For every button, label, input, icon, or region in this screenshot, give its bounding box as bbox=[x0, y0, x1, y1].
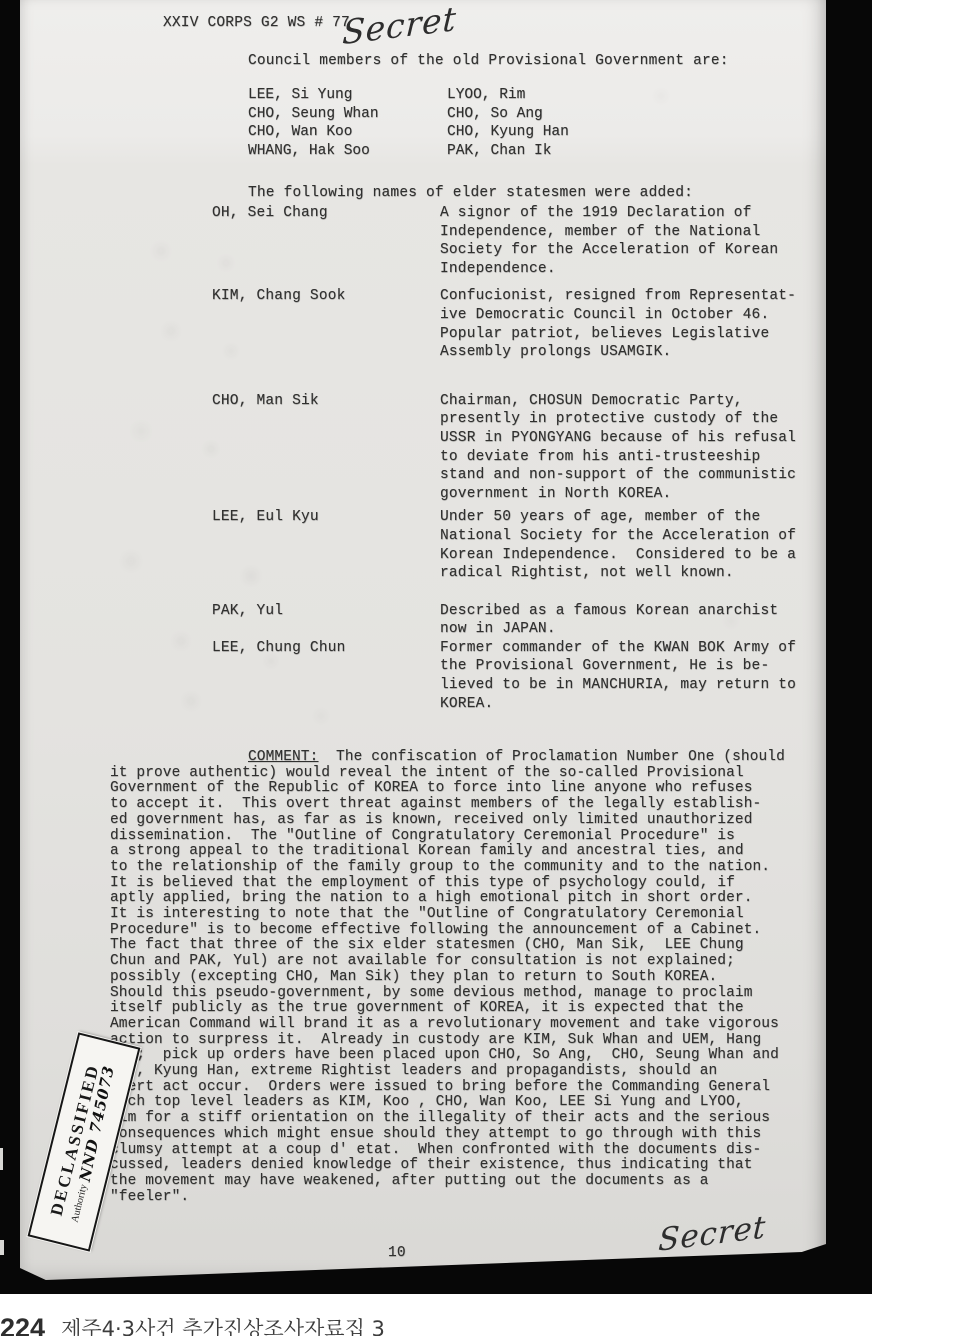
council-member-name: CHO, So Ang bbox=[447, 105, 569, 124]
elder-statesman-name: LEE, Chung Chun bbox=[212, 639, 440, 713]
handwritten-secret-top: Secret bbox=[341, 0, 457, 52]
comment-line: "feeler". bbox=[110, 1190, 840, 1206]
comment-line: dissemination. The "Outline of Congratul… bbox=[110, 829, 840, 845]
comment-line: action to surpress it. Already in custod… bbox=[110, 1033, 840, 1049]
comment-line: Sup; pick up orders have been placed upo… bbox=[110, 1048, 840, 1064]
description-line: the Provisional Government, He is be- bbox=[440, 657, 796, 676]
scan-edge-artifact bbox=[0, 1148, 3, 1170]
description-line: Former commander of the KWAN BOK Army of bbox=[440, 639, 796, 658]
comment-line: Rim for a stiff orientation on the illeg… bbox=[110, 1111, 840, 1127]
elder-statesmen-list: OH, Sei Chang A signor of the 1919 Decla… bbox=[212, 204, 812, 713]
description-line: Chairman, CHOSUN Democratic Party, bbox=[440, 392, 796, 411]
description-line: Korean Independence. Considered to be a bbox=[440, 546, 796, 565]
council-members-column-1: LEE, Si YungCHO, Seung WhanCHO, Wan KooW… bbox=[248, 86, 379, 161]
description-line: Assembly prolongs USAMGIK. bbox=[440, 343, 796, 362]
authority-label: Authority bbox=[69, 1183, 89, 1223]
comment-line: cussed, leaders denied knowledge of thei… bbox=[110, 1158, 840, 1174]
council-member-name: CHO, Kyung Han bbox=[447, 123, 569, 142]
comment-line: The fact that three of the six elder sta… bbox=[110, 938, 840, 954]
comment-line: The confiscation of Proclamation Number … bbox=[318, 749, 784, 765]
elder-statesman-description: Described as a famous Korean anarchistno… bbox=[440, 602, 778, 639]
elder-statesman-name: OH, Sei Chang bbox=[212, 204, 440, 278]
comment-line: such top level leaders as KIM, Koo , CHO… bbox=[110, 1095, 840, 1111]
elder-statesman-row: CHO, Man Sik Chairman, CHOSUN Democratic… bbox=[212, 392, 812, 504]
elder-statesman-row: OH, Sei Chang A signor of the 1919 Decla… bbox=[212, 204, 812, 278]
description-line: USSR in PYONGYANG because of his refusal bbox=[440, 429, 796, 448]
description-line: KOREA. bbox=[440, 695, 796, 714]
comment-line: to accept it. This overt threat against … bbox=[110, 797, 840, 813]
description-line: government in North KOREA. bbox=[440, 485, 796, 504]
book-caption: 224제주4·3사건 추가진상조사자료집 3 bbox=[0, 1313, 385, 1336]
paper-smudges bbox=[20, 0, 22, 2]
council-member-name: PAK, Chan Ik bbox=[447, 142, 569, 161]
elder-statesman-name: CHO, Man Sik bbox=[212, 392, 440, 504]
intro-line: Council members of the old Provisional G… bbox=[248, 52, 729, 71]
description-line: Popular patriot, believes Legislative bbox=[440, 325, 796, 344]
council-member-name: WHANG, Hak Soo bbox=[248, 142, 379, 161]
comment-line: consequences which might ensue should th… bbox=[110, 1127, 840, 1143]
comment-line: Chun and PAK, Yul) are not available for… bbox=[110, 954, 840, 970]
description-line: stand and non-support of the communistic bbox=[440, 466, 796, 485]
description-line: A signor of the 1919 Declaration of bbox=[440, 204, 778, 223]
document-id: XXIV CORPS G2 WS # 77 bbox=[163, 14, 350, 33]
comment-line: a strong appeal to the traditional Korea… bbox=[110, 844, 840, 860]
comment-line: Should this pseudo-government, by some d… bbox=[110, 986, 840, 1002]
comment-line: to the relationship of the family group … bbox=[110, 860, 840, 876]
elder-statesman-description: Former commander of the KWAN BOK Army of… bbox=[440, 639, 796, 713]
comment-line: the movement may have weakened, after pu… bbox=[110, 1174, 840, 1190]
council-member-name: LYOO, Rim bbox=[447, 86, 569, 105]
council-member-name: CHO, Seung Whan bbox=[248, 105, 379, 124]
elder-statesman-name: KIM, Chang Sook bbox=[212, 287, 440, 361]
council-members-column-2: LYOO, RimCHO, So AngCHO, Kyung HanPAK, C… bbox=[447, 86, 569, 161]
elder-statesman-description: Chairman, CHOSUN Democratic Party,presen… bbox=[440, 392, 796, 504]
elder-statesman-name: PAK, Yul bbox=[212, 602, 440, 639]
elder-statesman-row: PAK, Yul Described as a famous Korean an… bbox=[212, 602, 812, 639]
book-title: 제주4·3사건 추가진상조사자료집 3 bbox=[61, 1317, 385, 1336]
comment-label: COMMENT: bbox=[248, 749, 318, 765]
elder-statesman-row: LEE, Chung Chun Former commander of the … bbox=[212, 639, 812, 713]
scanned-page-background: XXIV CORPS G2 WS # 77 Secret Council mem… bbox=[0, 0, 872, 1294]
description-line: radical Rightist, not well known. bbox=[440, 564, 796, 583]
document-page: XXIV CORPS G2 WS # 77 Secret Council mem… bbox=[20, 0, 826, 1284]
comment-line: possibly (excepting CHO, Man Sik) they p… bbox=[110, 970, 840, 986]
description-line: National Society for the Acceleration of bbox=[440, 527, 796, 546]
comment-first-line: COMMENT: The confiscation of Proclamatio… bbox=[248, 750, 840, 766]
council-member-name: LEE, Si Yung bbox=[248, 86, 379, 105]
comment-line: It is interesting to note that the "Outl… bbox=[110, 907, 840, 923]
elder-statesman-row: KIM, Chang Sook Confucionist, resigned f… bbox=[212, 287, 812, 361]
description-line: presently in protective custody of the bbox=[440, 410, 796, 429]
elder-statesman-description: A signor of the 1919 Declaration ofIndep… bbox=[440, 204, 778, 278]
comment-line: clumsy attempt at a coup d' etat. When c… bbox=[110, 1143, 840, 1159]
description-line: Confucionist, resigned from Representat- bbox=[440, 287, 796, 306]
handwritten-secret-bottom: Secret bbox=[657, 1209, 767, 1259]
book-page-number: 224 bbox=[0, 1313, 45, 1336]
page-number: 10 bbox=[388, 1244, 406, 1263]
description-line: Society for the Acceleration of Korean bbox=[440, 241, 778, 260]
description-line: to deviate from his anti-trusteeship bbox=[440, 448, 796, 467]
elder-statesman-description: Confucionist, resigned from Representat-… bbox=[440, 287, 796, 361]
elder-statesman-name: LEE, Eul Kyu bbox=[212, 508, 440, 582]
elder-statesman-description: Under 50 years of age, member of theNati… bbox=[440, 508, 796, 582]
description-line: ive Democratic Council in October 46. bbox=[440, 306, 796, 325]
description-line: Under 50 years of age, member of the bbox=[440, 508, 796, 527]
comment-line: ed government has, as far as is known, r… bbox=[110, 813, 840, 829]
description-line: Independence. bbox=[440, 260, 778, 279]
description-line: lieved to be in MANCHURIA, may return to bbox=[440, 676, 796, 695]
comment-line: CHO, Kyung Han, extreme Rightist leaders… bbox=[110, 1064, 840, 1080]
comment-line: itself publicly as the true government o… bbox=[110, 1001, 840, 1017]
comment-line: It is believed that the employment of th… bbox=[110, 876, 840, 892]
comment-body: it prove authentic) would reveal the int… bbox=[110, 766, 840, 1206]
scan-edge-artifact bbox=[0, 1240, 4, 1255]
council-member-name: CHO, Wan Koo bbox=[248, 123, 379, 142]
comment-line: aptly applied, bring the nation to a hig… bbox=[110, 891, 840, 907]
description-line: Independence, member of the National bbox=[440, 223, 778, 242]
elder-statesman-row: LEE, Eul Kyu Under 50 years of age, memb… bbox=[212, 508, 812, 582]
elder-statesmen-intro: The following names of elder statesmen w… bbox=[248, 184, 693, 203]
comment-line: Government of the Republic of KOREA to f… bbox=[110, 781, 840, 797]
description-line: Described as a famous Korean anarchist bbox=[440, 602, 778, 621]
comment-line: American Command will brand it as a revo… bbox=[110, 1017, 840, 1033]
description-line: now in JAPAN. bbox=[440, 620, 778, 639]
comment-paragraph: COMMENT: The confiscation of Proclamatio… bbox=[110, 750, 840, 1205]
